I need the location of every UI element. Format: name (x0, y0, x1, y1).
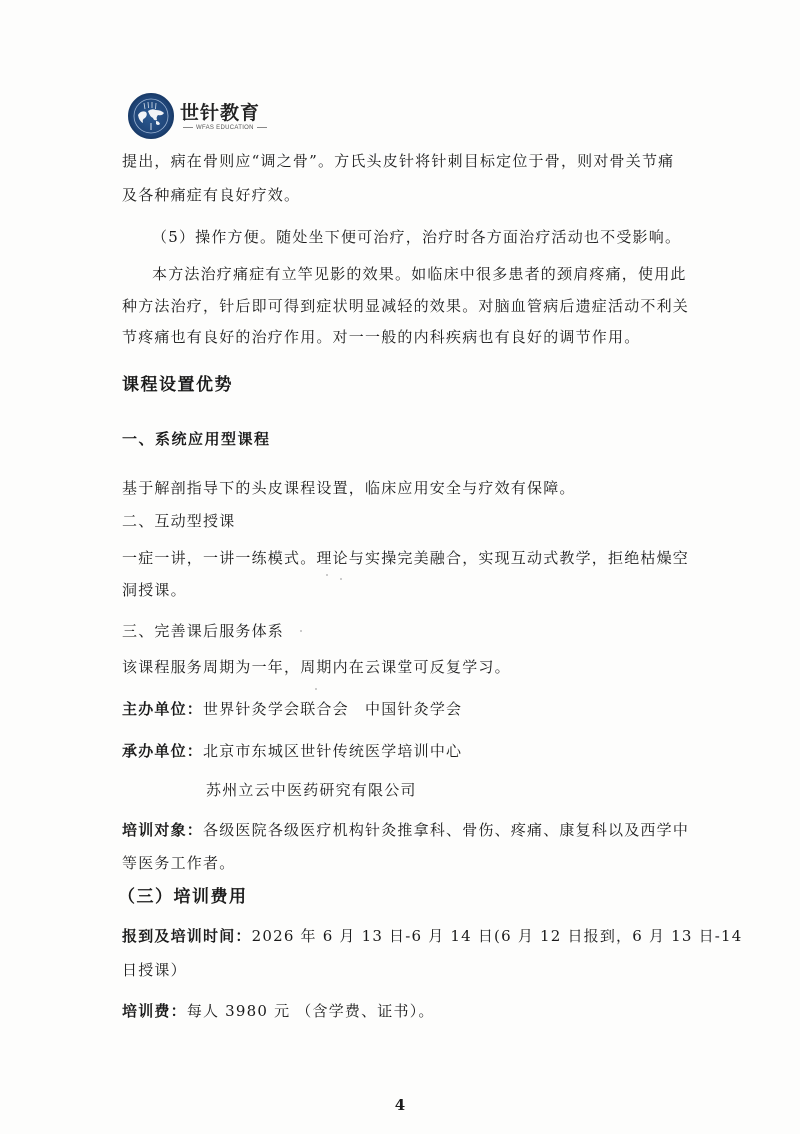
item-title-3: 三、完善课后服务体系 (122, 621, 284, 641)
host-value: 世界针灸学会联合会 中国针灸学会 (203, 700, 462, 718)
organizer-label: 承办单位： (122, 742, 203, 760)
section-title: 课程设置优势 (122, 375, 233, 395)
paragraph-line: 种方法治疗，针后即可得到症状明显减轻的效果。对脑血管病后遗症活动不利关 (122, 296, 689, 316)
target-value: 各级医院各级医疗机构针灸推拿科、骨伤、疼痛、康复科以及西学中 (203, 821, 689, 839)
page-number: 4 (0, 1096, 800, 1114)
logo-title: 世针教育 (180, 102, 270, 124)
scan-speck (315, 688, 317, 690)
item-text-3: 该课程服务周期为一年，周期内在云课堂可反复学习。 (122, 657, 511, 677)
organizer-value: 北京市东城区世针传统医学培训中心 (203, 742, 462, 760)
paragraph-operation: （5）操作方便。随处坐下便可治疗，治疗时各方面治疗活动也不受影响。 (152, 227, 681, 247)
organizer-value-2: 苏州立云中医药研究有限公司 (206, 780, 417, 800)
fee-row: 培训费：每人 3980 元 （含学费、证书）。 (122, 1001, 435, 1021)
item-text-1: 基于解剖指导下的头皮课程设置，临床应用安全与疗效有保障。 (122, 478, 576, 498)
target-value-line: 等医务工作者。 (122, 853, 235, 873)
item-title-1: 一、系统应用型课程 (122, 429, 271, 449)
fee-section-title: （三）培训费用 (118, 887, 248, 907)
item-title-2: 二、互动型授课 (122, 511, 235, 531)
scan-speck (326, 574, 328, 576)
paragraph-line: 本方法治疗痛症有立竿见影的效果。如临床中很多患者的颈肩疼痛，使用此 (152, 264, 687, 284)
host-row: 主办单位：世界针灸学会联合会 中国针灸学会 (122, 699, 462, 719)
time-row: 报到及培训时间：2026 年 6 月 13 日-6 月 14 日(6 月 12 … (122, 926, 743, 946)
paragraph-line: 提出，病在骨则应“调之骨”。方氏头皮针将针刺目标定位于骨，则对骨关节痛 (122, 151, 674, 171)
target-row: 培训对象：各级医院各级医疗机构针灸推拿科、骨伤、疼痛、康复科以及西学中 (122, 820, 689, 840)
target-label: 培训对象： (122, 821, 203, 839)
item-text-2-line: 洞授课。 (122, 580, 187, 600)
organizer-row: 承办单位：北京市东城区世针传统医学培训中心 (122, 741, 462, 761)
paragraph-line: 节疼痛也有良好的治疗作用。对一一般的内科疾病也有良好的调节作用。 (122, 327, 640, 347)
fee-label: 培训费： (122, 1002, 187, 1020)
logo: 世针教育 WFAS EDUCATION (128, 93, 270, 139)
globe-emblem-icon (128, 93, 174, 139)
time-value-line: 日授课） (122, 960, 187, 980)
time-label: 报到及培训时间： (122, 927, 252, 945)
item-text-2-line: 一症一讲，一讲一练模式。理论与实操完美融合，实现互动式教学，拒绝枯燥空 (122, 548, 689, 568)
fee-value: 每人 3980 元 （含学费、证书）。 (187, 1002, 435, 1020)
scan-speck (340, 578, 342, 580)
paragraph-line: 及各种痛症有良好疗效。 (122, 185, 300, 205)
host-label: 主办单位： (122, 700, 203, 718)
time-value: 2026 年 6 月 13 日-6 月 14 日(6 月 12 日报到，6 月 … (252, 927, 743, 945)
logo-subtitle: WFAS EDUCATION (180, 125, 270, 131)
scan-speck (300, 630, 302, 632)
